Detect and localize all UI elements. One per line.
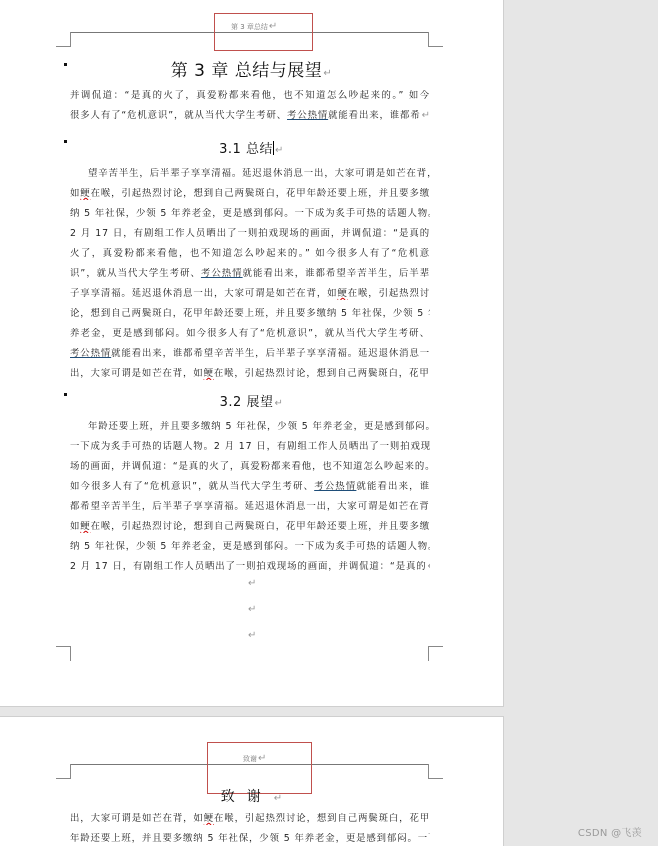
spelling-error-mark[interactable]: 鲠 — [204, 813, 214, 824]
hyperlink-text[interactable]: 考公热情 — [70, 348, 111, 359]
margin-corner-top-right — [428, 32, 443, 47]
body-text-line: 望辛苦半生，后半辈子享享清福。延迟退休消息一出，大家可谓是如芒在背， — [70, 168, 430, 180]
section-title-3-1: 3.1 总结↵ — [0, 138, 503, 157]
body-text-line: 都希望辛苦半生，后半辈子享享清福。延迟退休消息一出，大家可谓是如芒在背， — [70, 501, 430, 513]
body-text-line: 年龄还要上班，并且要多缴纳 5 年社保，少领 5 年养老金，更是感到郁闷。一下 — [70, 833, 430, 845]
document-page-1[interactable]: 第 3 章总结↵ 第 3 章 总结与展望↵ 并调侃道：“是真的火了，真爱粉都来看… — [0, 0, 504, 707]
body-text-line: 子享享清福。延迟退休消息一出，大家可谓是如芒在背，如鲠在喉，引起热烈讨 — [70, 288, 430, 300]
body-text-line: 场的画面，并调侃道：“是真的火了，真爱粉都来看他，也不知道怎么吵起来的。” — [70, 461, 430, 473]
body-text-line: 纳 5 年社保，少领 5 年养老金，更是感到郁闷。一下成为炙手可热的话题人物。 — [70, 208, 430, 220]
section-title-3-2: 3.2 展望↵ — [0, 391, 503, 410]
body-text-line: 火了，真爱粉都来看他，也不知道怎么吵起来的。” 如今很多人有了“危机意 — [70, 248, 430, 260]
spelling-error-mark[interactable]: 鲠 — [80, 521, 90, 532]
empty-paragraph-mark[interactable]: ↵ — [248, 630, 256, 641]
body-text-line: 论，想到自己两鬓斑白，花甲年龄还要上班，并且要多缴纳 5 年社保，少领 5 年 — [70, 308, 430, 320]
empty-paragraph-mark[interactable]: ↵ — [248, 578, 256, 589]
body-text-line: 并调侃道：“是真的火了，真爱粉都来看他，也不知道怎么吵起来的。” 如今 — [70, 90, 430, 102]
body-text-line: 很多人有了“危机意识”，就从当代大学生考研、考公热情就能看出来，谁都希↵ — [70, 110, 430, 122]
body-text-line: 如鲠在喉，引起热烈讨论，想到自己两鬓斑白，花甲年龄还要上班，并且要多缴 — [70, 521, 430, 533]
body-text-line: 如鲠在喉，引起热烈讨论，想到自己两鬓斑白，花甲年龄还要上班，并且要多缴 — [70, 188, 430, 200]
margin-corner-top-left — [56, 764, 71, 779]
margin-corner-top-left — [56, 32, 71, 47]
hyperlink-text[interactable]: 考公热情 — [314, 481, 356, 492]
body-text-line: 2 月 17 日，有剧组工作人员晒出了一则拍戏现场的画面，并调侃道：“是真的 — [70, 228, 430, 240]
margin-corner-bottom-left — [56, 646, 71, 661]
spelling-error-mark[interactable]: 鲠 — [80, 188, 90, 199]
margin-corner-top-right — [428, 764, 443, 779]
watermark-text: CSDN @飞羡 — [578, 824, 642, 839]
body-text-line: 养老金，更是感到郁闷。如今很多人有了“危机意识”，就从当代大学生考研、 — [70, 328, 430, 340]
body-text-line: 如今很多人有了“危机意识”，就从当代大学生考研、考公热情就能看出来，谁 — [70, 481, 430, 493]
body-text-line: 2 月 17 日，有剧组工作人员晒出了一则拍戏现场的画面，并调侃道：“是真的↵ — [70, 561, 430, 573]
body-text-line: 出，大家可谓是如芒在背，如鲠在喉，引起热烈讨论，想到自己两鬓斑白，花甲↵ — [70, 368, 430, 380]
margin-corner-bottom-right — [428, 646, 443, 661]
spelling-error-mark[interactable]: 鲠 — [204, 368, 214, 379]
document-page-2[interactable]: 致谢↵ 致谢↵ 出，大家可谓是如芒在背，如鲠在喉，引起热烈讨论，想到自己两鬓斑白… — [0, 716, 504, 846]
body-text-line: 出，大家可谓是如芒在背，如鲠在喉，引起热烈讨论，想到自己两鬓斑白，花甲 — [70, 813, 430, 825]
empty-paragraph-mark[interactable]: ↵ — [248, 604, 256, 615]
acknowledgement-title: 致谢↵ — [0, 786, 503, 806]
body-text-line: 识”，就从当代大学生考研、考公热情就能看出来，谁都希望辛苦半生，后半辈 — [70, 268, 430, 280]
spelling-error-mark[interactable]: 鲠 — [337, 288, 347, 299]
text-cursor — [273, 141, 274, 155]
body-text-line: 年龄还要上班，并且要多缴纳 5 年社保，少领 5 年养老金，更是感到郁闷。 — [70, 421, 430, 433]
hyperlink-text[interactable]: 考公热情 — [287, 110, 328, 121]
body-text-line: 纳 5 年社保，少领 5 年养老金，更是感到郁闷。一下成为炙手可热的话题人物。 — [70, 541, 430, 553]
header-highlight-box — [214, 13, 313, 51]
body-text-line: 一下成为炙手可热的话题人物。2 月 17 日，有剧组工作人员晒出了一则拍戏现 — [70, 441, 430, 453]
body-text-line: 考公热情就能看出来，谁都希望辛苦半生，后半辈子享享清福。延迟退休消息一 — [70, 348, 430, 360]
hyperlink-text[interactable]: 考公热情 — [201, 268, 243, 279]
chapter-title: 第 3 章 总结与展望↵ — [0, 56, 503, 81]
